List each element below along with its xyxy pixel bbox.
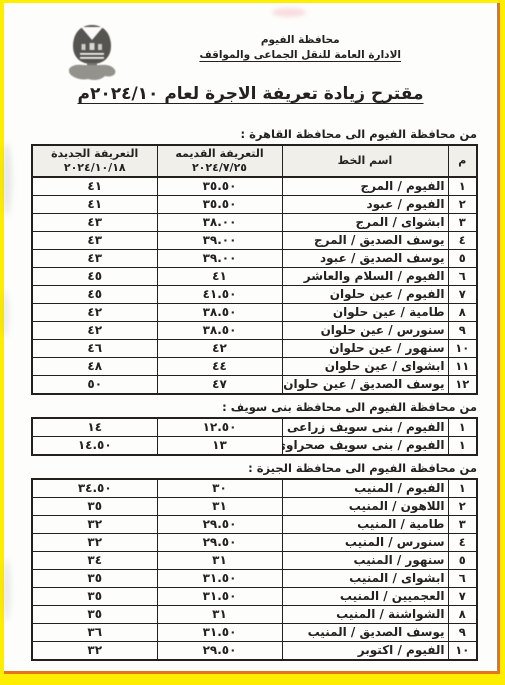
new-fare: ٤٣	[32, 250, 157, 268]
row-number: ١١	[448, 358, 477, 376]
row-number: ٥	[448, 250, 477, 268]
line-name: الفيوم / عين حلوان	[282, 286, 448, 304]
new-fare: ١٤	[32, 418, 157, 437]
line-name: ابشواى / عين حلوان	[282, 358, 448, 376]
old-fare: ٣١	[157, 498, 282, 516]
new-fare: ٤٣	[32, 232, 157, 250]
org-header: محافظة الفيوم الادارة العامة للنقل الجما…	[199, 33, 401, 63]
table-row: ٦الفيوم / السلام والعاشر٤١٤٥	[32, 268, 477, 286]
row-number: ٦	[448, 570, 477, 588]
eagle-emblem-icon	[60, 20, 124, 86]
table-row: ١١ابشواى / عين حلوان٤٤٤٨	[32, 358, 477, 376]
old-fare: ٤١.٥٠	[157, 286, 282, 304]
line-name: اللاهون / المنيب	[282, 498, 448, 516]
new-fare: ٤٨	[32, 358, 157, 376]
row-number: ١	[448, 418, 477, 437]
row-number: ١٠	[448, 340, 477, 358]
old-tariff-date: ٢٠٢٤/٧/٢٥	[158, 161, 282, 175]
table-row: ٤سنورس / المنيب٢٩.٥٠٣٢	[32, 534, 477, 552]
old-fare: ١٢.٥٠	[157, 418, 282, 437]
row-number: ٥	[448, 552, 477, 570]
row-number: ٢	[448, 498, 477, 516]
old-fare: ٣١	[157, 552, 282, 570]
table-row: ١الفيوم / المنيب٣٠٣٤.٥٠	[32, 479, 477, 498]
table-row: ٨الشواشنة / المنيب٣١٣٥	[32, 606, 477, 624]
row-number: ٩	[448, 322, 477, 340]
line-name: سنهور / عين حلوان	[282, 340, 448, 358]
row-number: ٧	[448, 286, 477, 304]
row-number: ٢	[448, 196, 477, 214]
section-heading: من محافظة الفيوم الى محافظة الجيزة :	[4, 461, 477, 476]
new-fare: ٣٢	[32, 642, 157, 661]
row-number: ١٢	[448, 376, 477, 395]
table-row: ١٢يوسف الصديق / عين حلوان٤٧٥٠	[32, 376, 477, 395]
old-fare: ٣٩.٠٠	[157, 232, 282, 250]
line-name: الفيوم / اكتوبر	[282, 642, 448, 661]
table-row: ٤يوسف الصديق / المرج٣٩.٠٠٤٣	[32, 232, 477, 250]
row-number: ١	[448, 479, 477, 498]
table-row: ١٠الفيوم / اكتوبر٢٩.٥٠٣٢	[32, 642, 477, 661]
new-fare: ٤٢	[32, 304, 157, 322]
col-header-line-name: اسم الخط	[282, 145, 448, 177]
row-number: ١	[448, 437, 477, 456]
row-number: ٣	[448, 214, 477, 232]
new-fare: ٣٥	[32, 588, 157, 606]
old-fare: ٤٤	[157, 358, 282, 376]
line-name: الفيوم / بنى سويف زراعى	[282, 418, 448, 437]
old-fare: ٣٨.٠٠	[157, 214, 282, 232]
new-fare: ٤٣	[32, 214, 157, 232]
old-tariff-label: التعريفة القديمه	[158, 147, 282, 161]
new-fare: ٤٢	[32, 322, 157, 340]
table-row: ١الفيوم / بنى سويف صحراوى١٣١٤.٥٠	[32, 437, 477, 456]
sections: من محافظة الفيوم الى محافظة القاهرة :ماس…	[4, 127, 497, 666]
old-fare: ٤٧	[157, 376, 282, 395]
old-fare: ٣٠	[157, 479, 282, 498]
new-tariff-label: التعريفة الجديدة	[33, 147, 157, 161]
fare-table: ماسم الخطالتعريفة القديمه٢٠٢٤/٧/٢٥التعري…	[31, 144, 478, 395]
row-number: ١٠	[448, 642, 477, 661]
row-number: ٧	[448, 588, 477, 606]
fare-table: ١الفيوم / بنى سويف زراعى١٢.٥٠١٤١الفيوم /…	[31, 417, 478, 456]
new-fare: ٣٤.٥٠	[32, 479, 157, 498]
line-name: طامية / المنيب	[282, 516, 448, 534]
old-fare: ٣١	[157, 606, 282, 624]
table-row: ١الفيوم / المرج٣٥.٥٠٤١	[32, 177, 477, 196]
table-row: ٢اللاهون / المنيب٣١٣٥	[32, 498, 477, 516]
row-number: ٦	[448, 268, 477, 286]
old-fare: ٣٥.٥٠	[157, 177, 282, 196]
line-name: الفيوم / المنيب	[282, 479, 448, 498]
new-fare: ٤٦	[32, 340, 157, 358]
line-name: الفيوم / المرج	[282, 177, 448, 196]
row-number: ٨	[448, 304, 477, 322]
section-heading: من محافظة الفيوم الى محافظة القاهرة :	[4, 127, 477, 142]
col-header-num: م	[448, 145, 477, 177]
table-row: ٥يوسف الصديق / عبود٣٩.٠٠٤٣	[32, 250, 477, 268]
col-header-old-tariff: التعريفة القديمه٢٠٢٤/٧/٢٥	[157, 145, 282, 177]
new-tariff-date: ٢٠٢٤/١٠/١٨	[33, 161, 157, 175]
new-fare: ٤١	[32, 196, 157, 214]
fare-table: ١الفيوم / المنيب٣٠٣٤.٥٠٢اللاهون / المنيب…	[31, 478, 478, 661]
table-row: ٨طامية / عين حلوان٣٨.٥٠٤٢	[32, 304, 477, 322]
row-number: ٩	[448, 624, 477, 642]
scanned-document: { "colors":{ "frame_yellow":"#ffee00", "…	[0, 0, 505, 685]
table-row: ٩يوسف الصديق / المنيب٣١.٥٠٣٦	[32, 624, 477, 642]
old-fare: ٣٥.٥٠	[157, 196, 282, 214]
line-name: يوسف الصديق / المرج	[282, 232, 448, 250]
new-fare: ١٤.٥٠	[32, 437, 157, 456]
new-fare: ٣٥	[32, 606, 157, 624]
section-heading: من محافظة الفيوم الى محافظة بنى سويف :	[4, 400, 477, 415]
line-name: ابشواى / المنيب	[282, 570, 448, 588]
old-fare: ٤٢	[157, 340, 282, 358]
old-fare: ١٣	[157, 437, 282, 456]
row-number: ١	[448, 177, 477, 196]
old-fare: ٣١.٥٠	[157, 570, 282, 588]
line-name: طامية / عين حلوان	[282, 304, 448, 322]
old-fare: ٢٩.٥٠	[157, 534, 282, 552]
table-row: ٧العجميين / المنيب٣١.٥٠٣٥	[32, 588, 477, 606]
table-row: ٣طامية / المنيب٢٩.٥٠٣٢	[32, 516, 477, 534]
line-name: الفيوم / السلام والعاشر	[282, 268, 448, 286]
row-number: ٤	[448, 232, 477, 250]
new-fare: ٣٢	[32, 516, 157, 534]
table-row: ٦ابشواى / المنيب٣١.٥٠٣٥	[32, 570, 477, 588]
line-name: سنورس / المنيب	[282, 534, 448, 552]
old-fare: ٣٨.٥٠	[157, 304, 282, 322]
page-title: مقترح زيادة تعريفة الاجرة لعام ٢٠٢٤/١٠م	[4, 84, 497, 104]
new-fare: ٤٥	[32, 286, 157, 304]
table-header-row: ماسم الخطالتعريفة القديمه٢٠٢٤/٧/٢٥التعري…	[32, 145, 477, 177]
table-row: ٣ابشواى / المرج٣٨.٠٠٤٣	[32, 214, 477, 232]
table-row: ٧الفيوم / عين حلوان٤١.٥٠٤٥	[32, 286, 477, 304]
new-fare: ٥٠	[32, 376, 157, 395]
old-fare: ٤١	[157, 268, 282, 286]
new-fare: ٣٢	[32, 534, 157, 552]
org-department: الادارة العامة للنقل الجماعى والمواقف	[199, 48, 401, 63]
new-fare: ٤١	[32, 177, 157, 196]
line-name: سنهور / المنيب	[282, 552, 448, 570]
line-name: سنورس / عين حلوان	[282, 322, 448, 340]
line-name: الشواشنة / المنيب	[282, 606, 448, 624]
document-page: محافظة الفيوم الادارة العامة للنقل الجما…	[4, 3, 500, 674]
table-row: ٥سنهور / المنيب٣١٣٤	[32, 552, 477, 570]
new-fare: ٣٦	[32, 624, 157, 642]
table-row: ١٠سنهور / عين حلوان٤٢٤٦	[32, 340, 477, 358]
line-name: يوسف الصديق / عين حلوان	[282, 376, 448, 395]
old-fare: ٣١.٥٠	[157, 588, 282, 606]
line-name: الفيوم / عبود	[282, 196, 448, 214]
col-header-new-tariff: التعريفة الجديدة٢٠٢٤/١٠/١٨	[32, 145, 157, 177]
org-name: محافظة الفيوم	[199, 33, 401, 48]
old-fare: ٣١.٥٠	[157, 624, 282, 642]
row-number: ٤	[448, 534, 477, 552]
table-row: ١الفيوم / بنى سويف زراعى١٢.٥٠١٤	[32, 418, 477, 437]
line-name: يوسف الصديق / المنيب	[282, 624, 448, 642]
old-fare: ٣٨.٥٠	[157, 322, 282, 340]
table-row: ٩سنورس / عين حلوان٣٨.٥٠٤٢	[32, 322, 477, 340]
old-fare: ٢٩.٥٠	[157, 516, 282, 534]
line-name: يوسف الصديق / عبود	[282, 250, 448, 268]
row-number: ٣	[448, 516, 477, 534]
new-fare: ٣٥	[32, 498, 157, 516]
table-row: ٢الفيوم / عبود٣٥.٥٠٤١	[32, 196, 477, 214]
new-fare: ٤٥	[32, 268, 157, 286]
line-name: العجميين / المنيب	[282, 588, 448, 606]
row-number: ٨	[448, 606, 477, 624]
old-fare: ٣٩.٠٠	[157, 250, 282, 268]
line-name: ابشواى / المرج	[282, 214, 448, 232]
scan-artifact	[272, 8, 306, 17]
new-fare: ٣٤	[32, 552, 157, 570]
new-fare: ٣٥	[32, 570, 157, 588]
line-name: الفيوم / بنى سويف صحراوى	[282, 437, 448, 456]
old-fare: ٢٩.٥٠	[157, 642, 282, 661]
